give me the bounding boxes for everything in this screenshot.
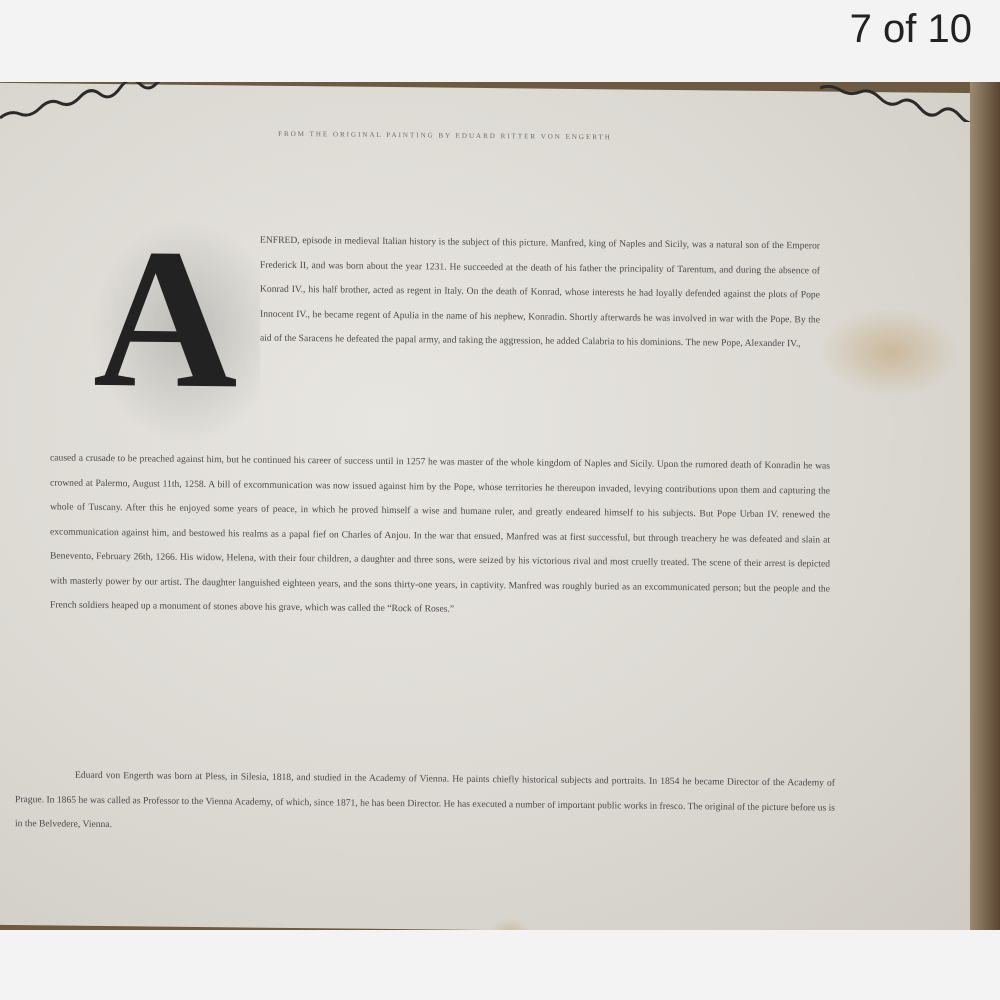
paragraph-1-continued: caused a crusade to be preached against … xyxy=(50,446,830,626)
book-edge xyxy=(970,82,1000,930)
illuminated-initial: A xyxy=(75,199,260,441)
book-page: From the original painting by Eduard Rit… xyxy=(0,83,980,930)
paragraph-2: Eduard von Engerth was born at Pless, in… xyxy=(15,763,835,845)
thread-left xyxy=(0,82,200,122)
foxing-stain xyxy=(820,307,960,398)
page-header: From the original painting by Eduard Rit… xyxy=(175,129,715,143)
viewer-bottom-bar xyxy=(0,930,1000,1000)
foxing-stain-small xyxy=(490,918,530,930)
viewer-top-bar: 7 of 10 xyxy=(0,0,1000,82)
paragraph-1-lead: ENFRED, episode in medieval Italian hist… xyxy=(260,229,820,357)
image-counter: 7 of 10 xyxy=(832,0,990,62)
drop-cap-letter: A xyxy=(93,219,237,421)
photo-book-page[interactable]: From the original painting by Eduard Rit… xyxy=(0,82,1000,930)
